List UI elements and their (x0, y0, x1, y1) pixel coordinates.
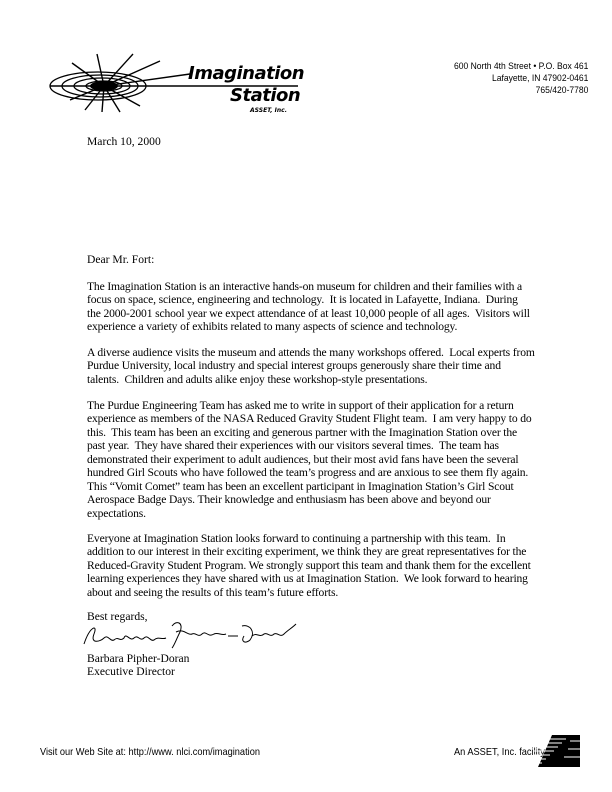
footer-website: Visit our Web Site at: http://www. nlci.… (40, 746, 260, 758)
salutation: Dear Mr. Fort: (87, 253, 154, 266)
logo-word-station: Station (230, 85, 300, 106)
body-paragraph: The Purdue Engineering Team has asked me… (87, 399, 532, 520)
logo-subtitle: ASSET, Inc. (250, 107, 287, 114)
logo-word-imagination: Imagination (188, 63, 304, 84)
letterhead-address: 600 North 4th Street • P.O. Box 461 Lafa… (454, 61, 588, 97)
letter-date: March 10, 2000 (87, 135, 161, 148)
striped-wedge-icon (534, 733, 584, 769)
handwritten-signature (80, 618, 300, 654)
address-line: 600 North 4th Street • P.O. Box 461 (454, 61, 588, 73)
address-line: 765/420-7780 (454, 85, 588, 97)
address-line: Lafayette, IN 47902-0461 (454, 73, 588, 85)
signer-name: Barbara Pipher-Doran (87, 652, 189, 665)
footer-asset-note: An ASSET, Inc. facility (454, 746, 545, 758)
body-paragraph: Everyone at Imagination Station looks fo… (87, 532, 531, 599)
imagination-station-logo: Imagination Station ASSET, Inc. (40, 50, 302, 116)
body-paragraph: The Imagination Station is an interactiv… (87, 280, 530, 334)
signer-title: Executive Director (87, 665, 175, 678)
body-paragraph: A diverse audience visits the museum and… (87, 346, 535, 386)
